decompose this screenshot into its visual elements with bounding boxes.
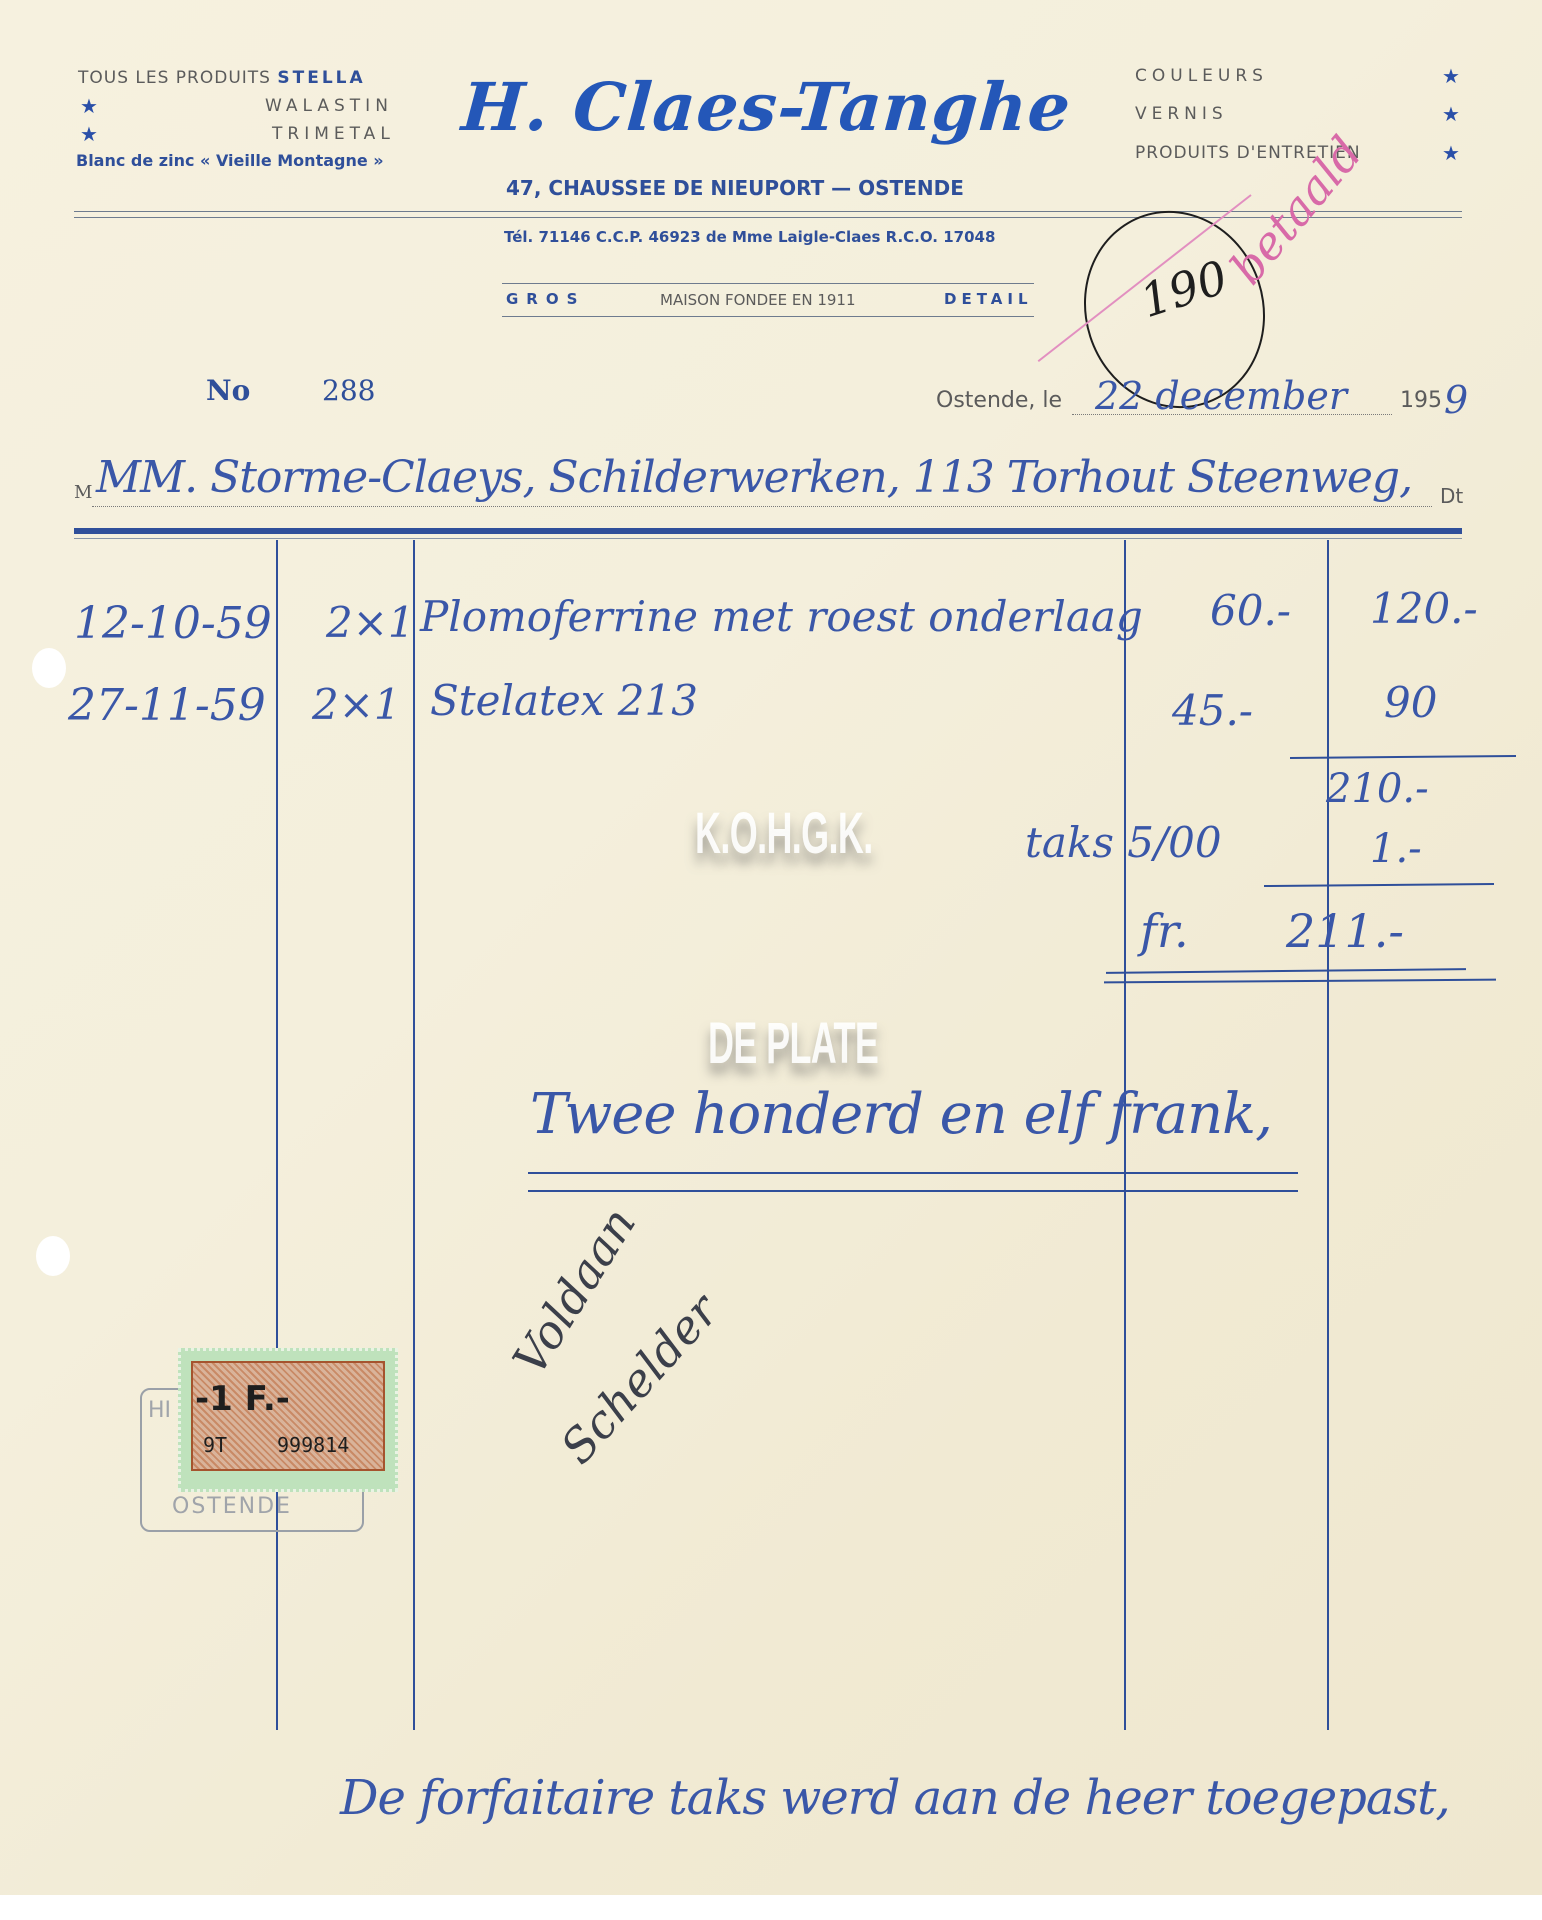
detail-label: DETAIL	[944, 290, 1033, 308]
header-right-couleurs: COULEURS	[1135, 66, 1268, 86]
year-handwritten: 9	[1444, 378, 1468, 422]
item-qty: 2×1	[312, 680, 401, 729]
tax-value: 1.-	[1370, 826, 1422, 872]
header-left-line1: TOUS LES PRODUITS STELLA	[78, 68, 366, 88]
column-divider-date	[276, 540, 278, 1730]
gros-detail-rule-top	[502, 283, 1034, 284]
star-icon: ★	[80, 122, 98, 146]
header-left-trimetal: TRIMETAL	[272, 124, 395, 144]
recipient-name: MM. Storme-Claeys, Schilderwerken, 113 T…	[96, 452, 1412, 503]
item-total: 120.-	[1370, 584, 1478, 633]
header-right-vernis: VERNIS	[1135, 104, 1228, 124]
stamp-serial-prefix: 9T	[203, 1433, 227, 1457]
invoice-paper: TOUS LES PRODUITS STELLA ★ WALASTIN ★ TR…	[0, 0, 1542, 1895]
invoice-number-label: No	[206, 374, 250, 407]
year-printed: 195	[1400, 388, 1442, 413]
item-date: 27-11-59	[68, 680, 266, 731]
contact-line: Tél. 71146 C.C.P. 46923 de Mme Laigle-Cl…	[504, 228, 995, 246]
item-unit-price: 60.-	[1210, 586, 1291, 635]
company-address: 47, CHAUSSEE DE NIEUPORT — OSTENDE	[506, 176, 964, 200]
date-prefix: Ostende, le	[936, 388, 1062, 413]
handwritten-date: 22 december	[1095, 374, 1347, 418]
total-prefix: fr.	[1140, 904, 1189, 958]
gros-label: GROS	[506, 290, 585, 308]
recipient-prefix: M	[74, 482, 92, 503]
header-left-blanc-de-zinc: Blanc de zinc « Vieille Montagne »	[76, 151, 384, 170]
item-date: 12-10-59	[74, 598, 272, 649]
total-value: 211.-	[1286, 904, 1404, 958]
item-total: 90	[1384, 678, 1437, 727]
item-unit-price: 45.-	[1172, 686, 1253, 735]
founded-label: MAISON FONDEE EN 1911	[660, 291, 856, 309]
tax-label: taks 5/00	[1025, 818, 1222, 867]
subtotal-value: 210.-	[1326, 766, 1429, 812]
header-left-walastin: WALASTIN	[265, 96, 393, 116]
recipient-dotted-line	[92, 506, 1432, 507]
company-logo: H. Claes-Tanghe	[459, 68, 1073, 146]
star-icon: ★	[1442, 102, 1460, 126]
stamp-value: -1 F.-	[195, 1379, 290, 1419]
table-top-rule	[74, 528, 1462, 534]
item-description: Stelatex 213	[430, 676, 698, 725]
brand-stella: STELLA	[277, 68, 365, 88]
debit-label: Dt	[1440, 484, 1463, 508]
amount-words-rule-2	[528, 1190, 1298, 1192]
subtotal-rule	[1290, 755, 1516, 759]
column-divider-qty	[413, 540, 415, 1730]
stamp-serial: 999814	[277, 1433, 349, 1457]
column-divider-unit-price	[1327, 540, 1329, 1730]
revenue-stamp: -1 F.- 9T 999814	[178, 1348, 398, 1492]
total-double-rule-2	[1104, 979, 1496, 984]
amount-words-rule-1	[528, 1172, 1298, 1174]
item-qty: 2×1	[326, 598, 415, 647]
star-icon: ★	[80, 94, 98, 118]
footer-handwritten-note: De forfaitaire taks werd aan de heer toe…	[340, 1770, 1450, 1826]
total-rule	[1264, 883, 1494, 887]
total-double-rule-1	[1106, 968, 1466, 974]
punch-hole	[36, 1236, 70, 1276]
punch-hole	[32, 648, 66, 688]
amount-in-words: Twee honderd en elf frank,	[530, 1082, 1272, 1147]
table-top-rule-thin	[74, 538, 1462, 539]
star-icon: ★	[1442, 64, 1460, 88]
watermark-kohgk: K.O.H.G.K.	[695, 800, 873, 867]
gros-detail-rule-bottom	[502, 316, 1034, 317]
header-rule-top	[74, 211, 1462, 212]
item-description: Plomoferrine met roest onderlaag	[420, 592, 1143, 641]
invoice-number: 288	[322, 374, 375, 407]
star-icon: ★	[1442, 141, 1460, 165]
watermark-de-plate: DE PLATE	[708, 1010, 878, 1077]
